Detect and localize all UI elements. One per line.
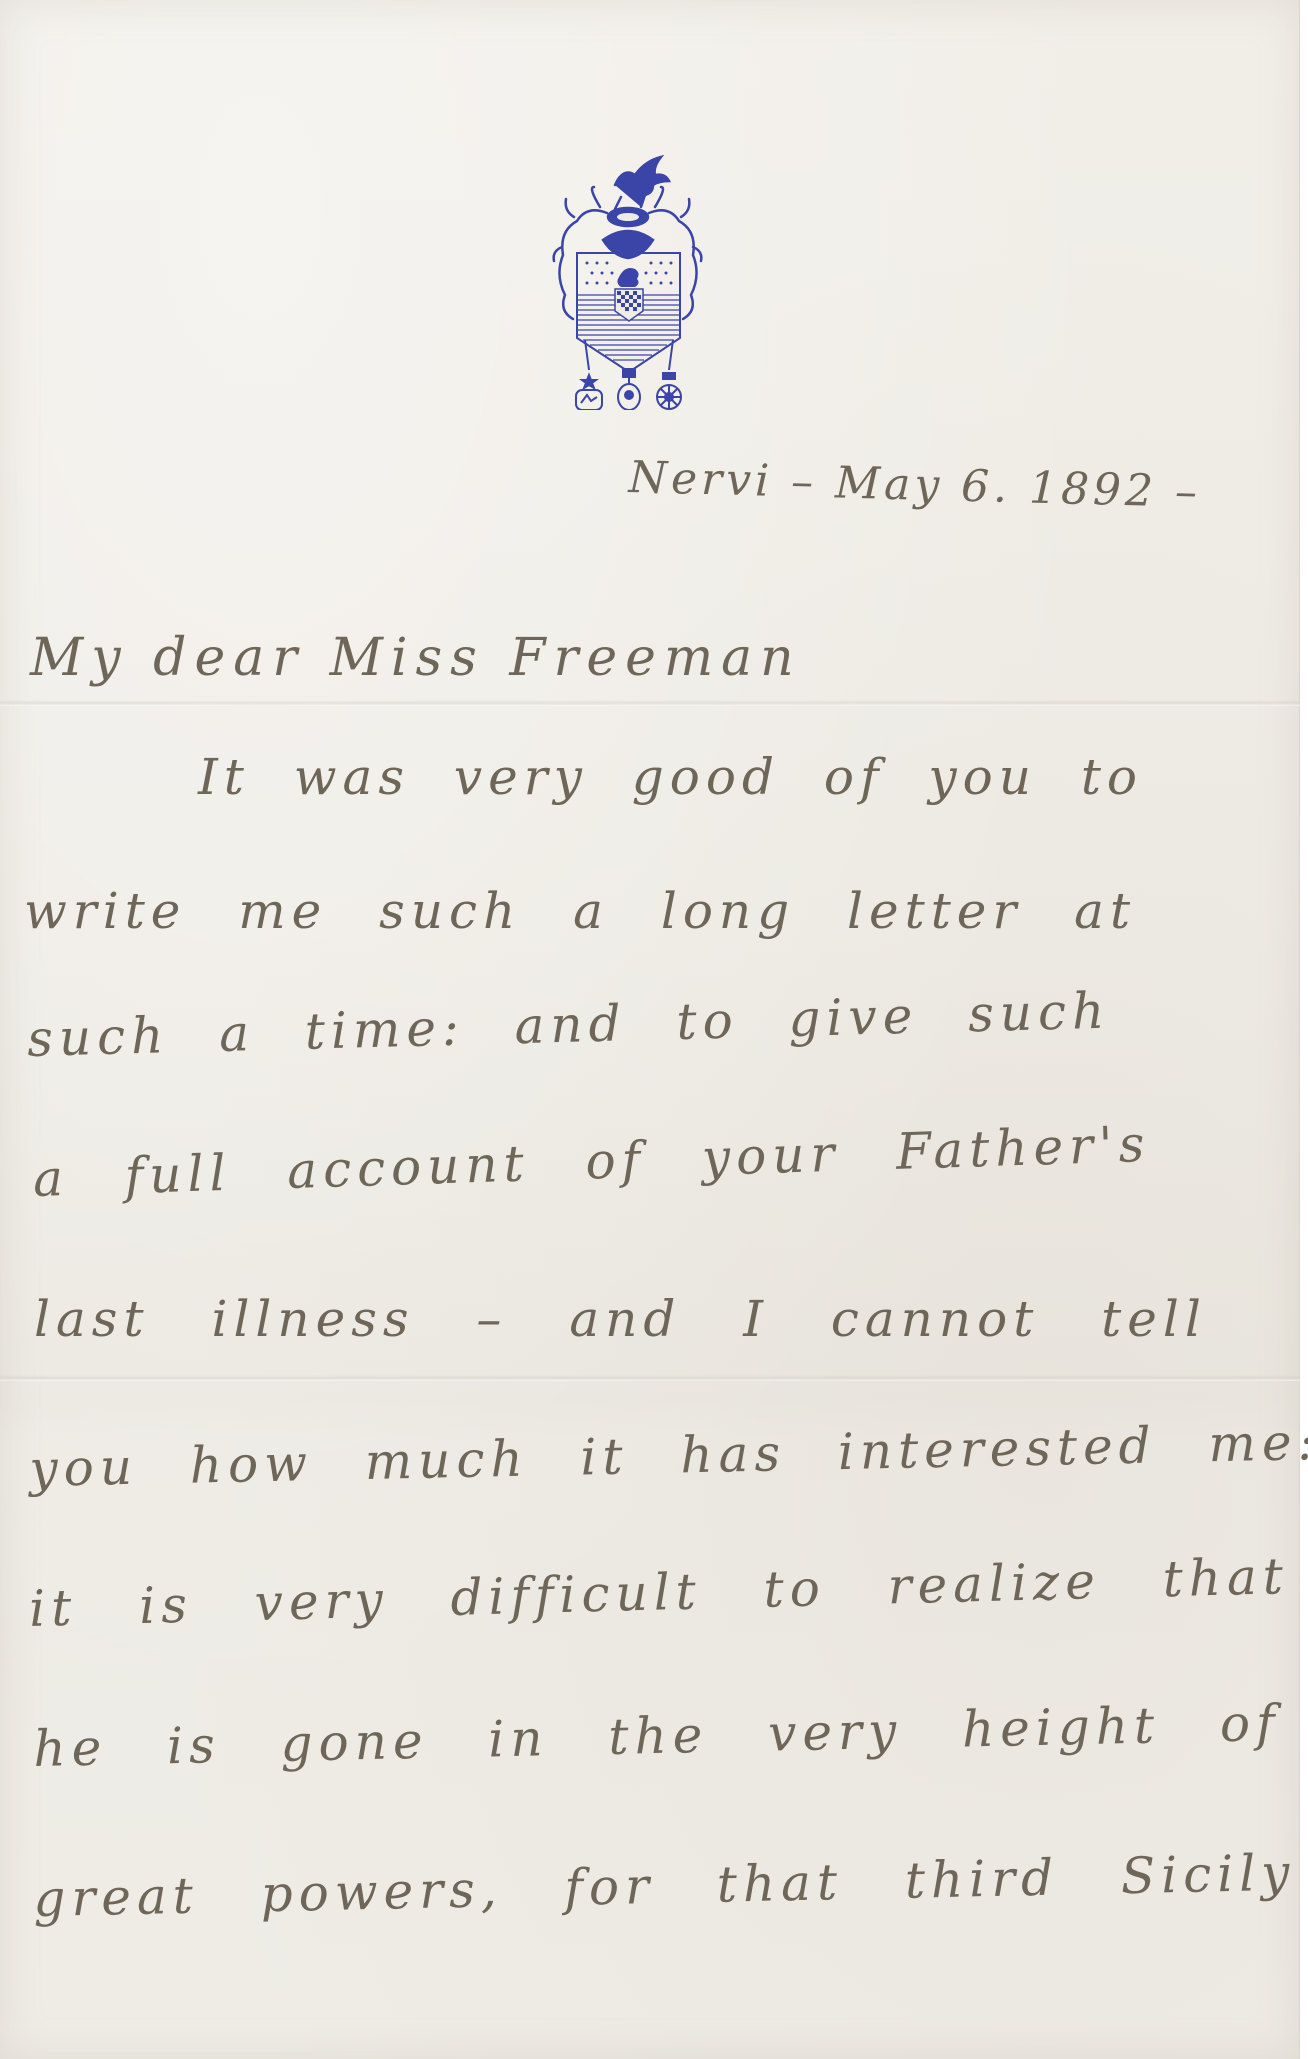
- coat-of-arms-icon: [545, 145, 715, 410]
- letter-body-line: a full account of your Father's: [32, 1115, 1151, 1208]
- paper-fold-line: [0, 700, 1300, 706]
- letter-page: Nervi – May 6. 1892 – My dear Miss Freem…: [0, 0, 1300, 2059]
- letter-body-line: It was very good of you to: [198, 748, 1143, 806]
- letter-body-line: great powers, for that third Sicily: [33, 1844, 1296, 1928]
- letter-body-line: write me such a long letter at: [24, 882, 1136, 940]
- letter-salutation: My dear Miss Freeman: [30, 628, 802, 688]
- paper-fold-line: [0, 1375, 1300, 1381]
- letter-dateline: Nervi – May 6. 1892 –: [628, 452, 1202, 518]
- letter-body-line: last illness – and I cannot tell: [34, 1290, 1207, 1348]
- letter-body-line: he is gone in the very height of his: [33, 1691, 1308, 1778]
- letter-body-line: it is very difficult to realize that: [28, 1547, 1289, 1638]
- letter-body-line: such a time: and to give such: [26, 982, 1110, 1068]
- letter-body-line: you how much it has interested me:: [29, 1413, 1308, 1498]
